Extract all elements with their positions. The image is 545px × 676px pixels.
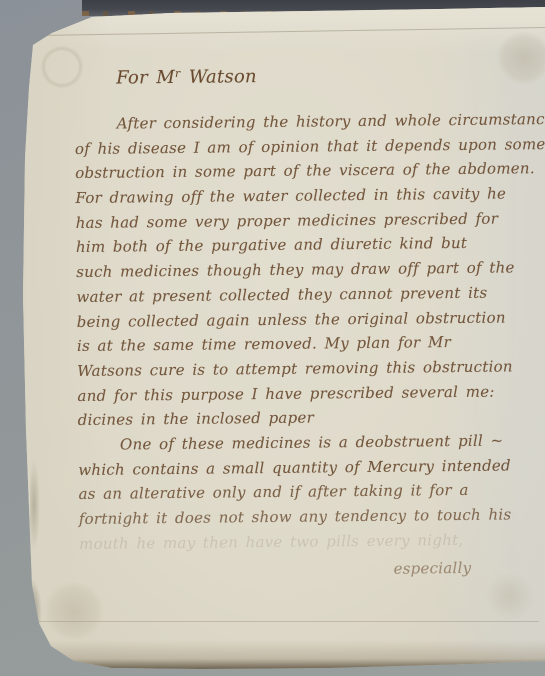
fold-line [34,621,539,622]
catchword: especially [79,558,527,583]
letter-body: For Mr Watson After considering the hist… [74,57,527,582]
letter-heading: For Mr Watson [116,57,522,91]
edge-smudge [30,460,40,550]
paper-stain [44,582,104,640]
scan-background: For Mr Watson After considering the hist… [0,0,545,676]
manuscript-line: mouth he may then have two pills every n… [79,527,527,556]
page-edge-wear [8,60,17,646]
heading-text: For M [116,67,175,89]
paper-stain [484,572,536,620]
manuscript-page: For Mr Watson After considering the hist… [0,0,545,676]
heading-text: Watson [180,66,257,88]
edge-smudge [26,578,42,646]
page-bottom-edge [0,640,545,676]
page-crease-line [30,27,545,36]
